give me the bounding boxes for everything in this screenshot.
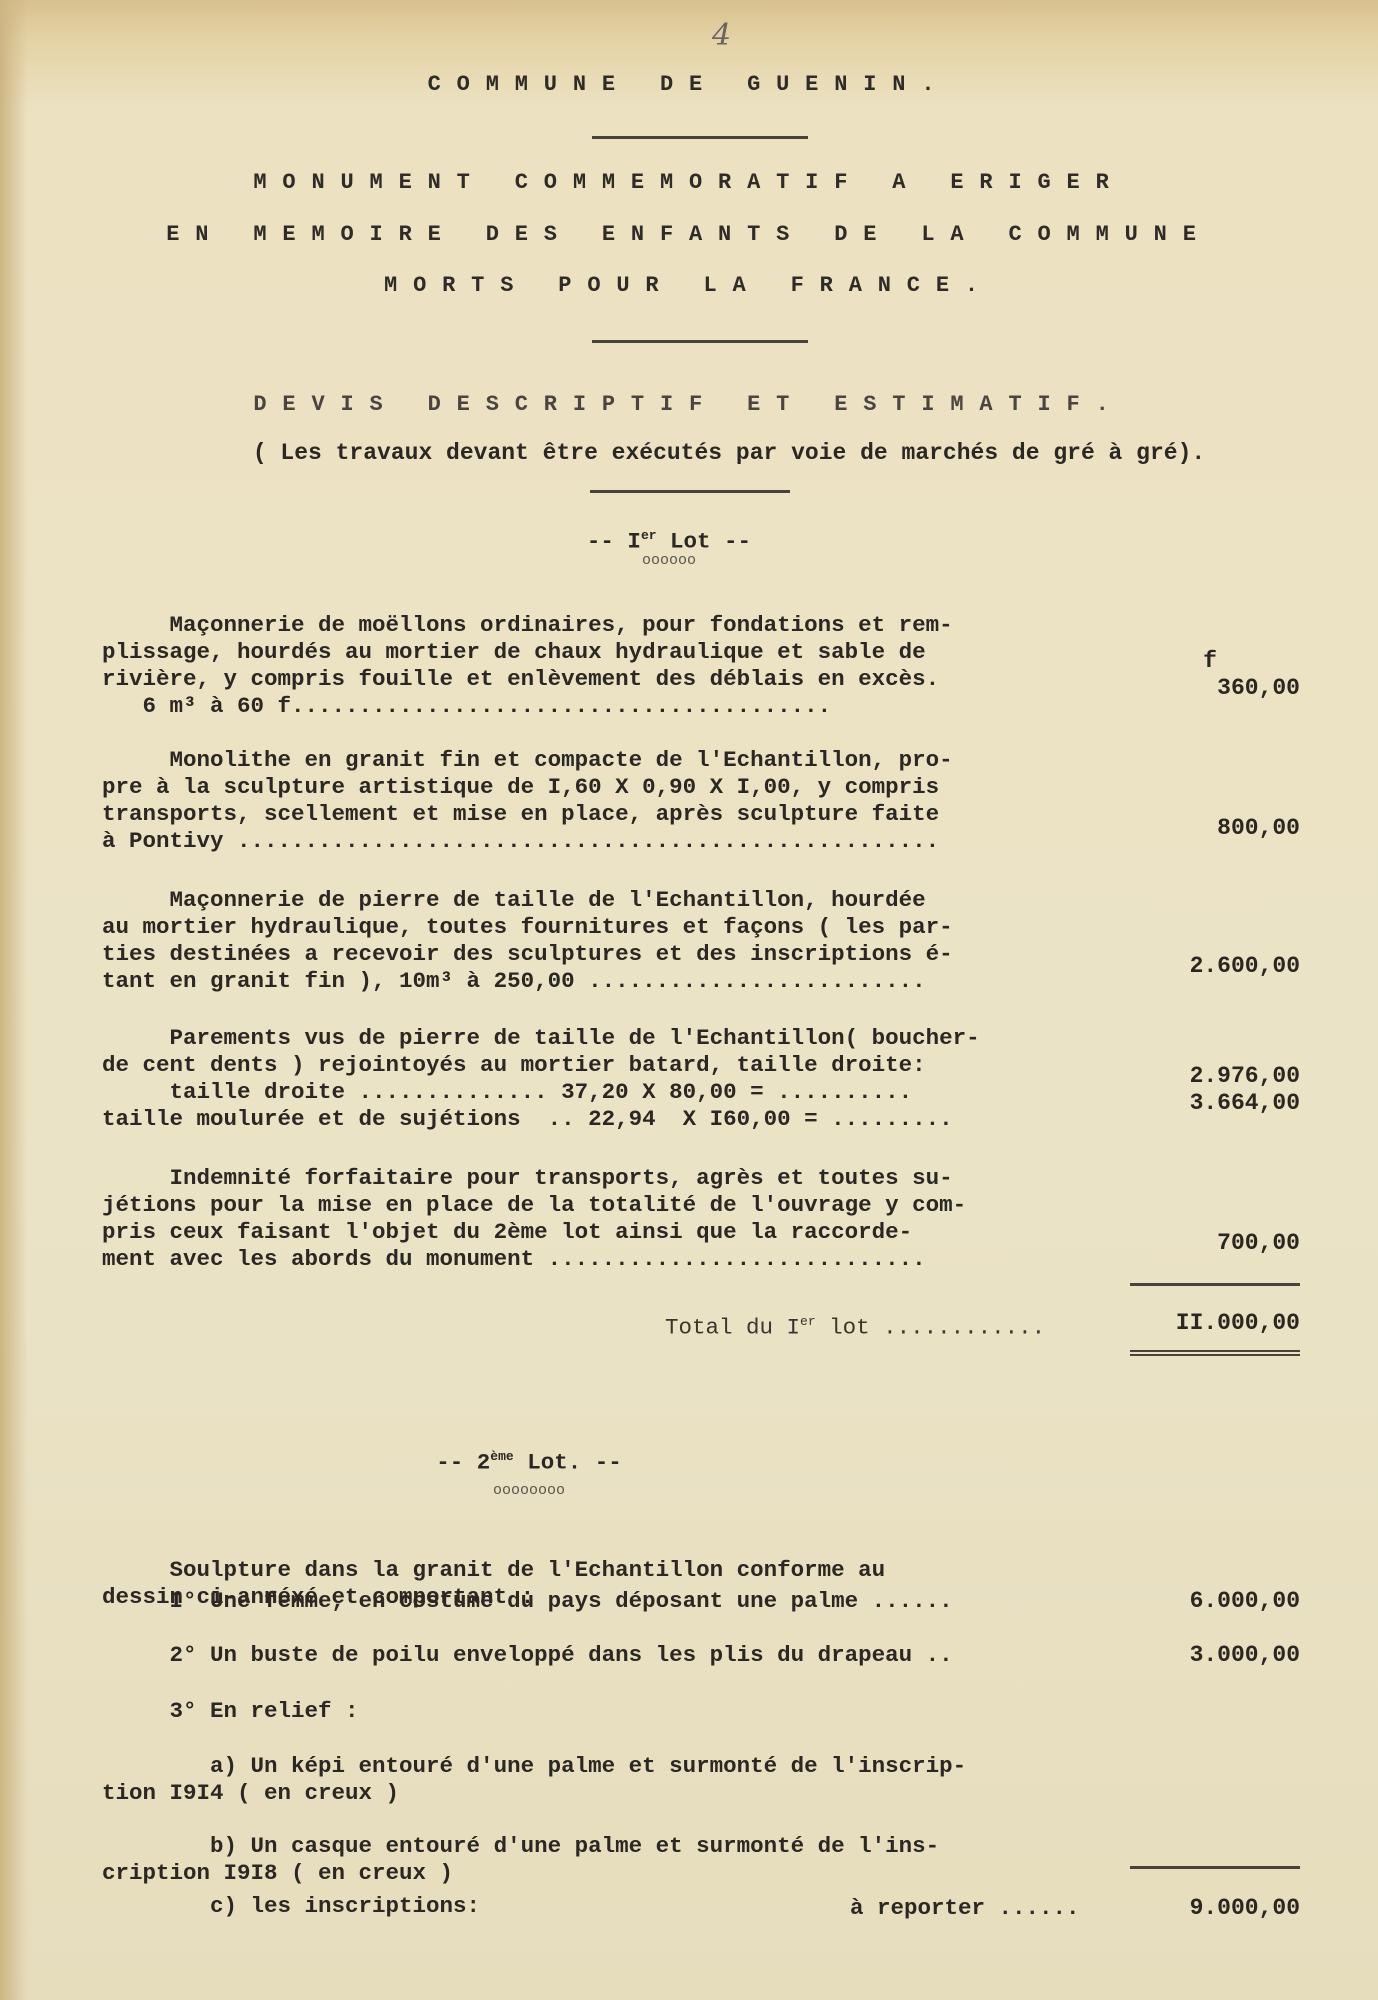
carry-forward-label: à reporter ...... — [850, 1895, 1080, 1922]
lot1-item-1: Maçonnerie de moëllons ordinaires, pour … — [102, 585, 953, 720]
lot1-item-4-amount-b: 3.664,00 — [1140, 1090, 1300, 1116]
devis-heading: DEVIS DESCRIPTIF ET ESTIMATIF. — [0, 392, 1378, 417]
carry-forward-amount: 9.000,00 — [1140, 1895, 1300, 1921]
devis-subtitle: ( Les travaux devant être exécutés par v… — [40, 440, 1378, 467]
lot2-ornament: oooooooo — [0, 1482, 1218, 1499]
lot2-relief-heading: 3° En relief : — [102, 1698, 359, 1725]
lot1-item-3-amount: 2.600,00 — [1140, 953, 1300, 979]
divider — [592, 340, 808, 343]
commune-heading: COMMUNE DE GUENIN. — [0, 72, 1378, 97]
lot2-item-2-amount: 3.000,00 — [1140, 1642, 1300, 1668]
document-page: 4 COMMUNE DE GUENIN. MONUMENT COMMEMORAT… — [0, 0, 1378, 2000]
lot1-item-3: Maçonnerie de pierre de taille de l'Echa… — [102, 860, 953, 995]
lot1-item-4-amount-a: 2.976,00 — [1140, 1063, 1300, 1089]
lot2-relief-a: a) Un képi entouré d'une palme et surmon… — [102, 1726, 966, 1807]
lot2-item-1-amount: 6.000,00 — [1140, 1588, 1300, 1614]
lot1-item-5: Indemnité forfaitaire pour transports, a… — [102, 1138, 966, 1273]
currency-symbol: f — [1140, 648, 1280, 674]
lot1-item-4: Parements vus de pierre de taille de l'E… — [102, 998, 980, 1133]
total-double-rule — [1130, 1350, 1300, 1356]
carry-forward-rule — [1130, 1866, 1300, 1869]
lot2-inscriptions-label: c) les inscriptions: — [102, 1893, 480, 1920]
divider — [592, 136, 808, 139]
title-line-1: MONUMENT COMMEMORATIF A ERIGER — [0, 170, 1378, 195]
divider — [590, 490, 790, 493]
total-rule — [1130, 1283, 1300, 1286]
lot1-ornament: oooooo — [0, 552, 1358, 569]
lot1-total-label: Total du Ier lot ............ — [665, 1308, 1045, 1342]
lot1-item-5-amount: 700,00 — [1140, 1230, 1300, 1256]
lot1-heading: -- Ier Lot -- — [0, 522, 1358, 556]
title-line-2: EN MEMOIRE DES ENFANTS DE LA COMMUNE — [0, 222, 1378, 247]
folio-number: 4 — [712, 18, 731, 53]
title-line-3: MORTS POUR LA FRANCE. — [0, 273, 1378, 298]
lot2-relief-b: b) Un casque entouré d'une palme et surm… — [102, 1806, 939, 1887]
lot2-item-2: 2° Un buste de poilu enveloppé dans les … — [102, 1642, 953, 1669]
lot1-item-2-amount: 800,00 — [1140, 815, 1300, 841]
lot1-total-amount: II.000,00 — [1140, 1310, 1300, 1336]
lot1-item-1-amount: 360,00 — [1140, 675, 1300, 701]
lot1-item-2: Monolithe en granit fin et compacte de l… — [102, 720, 953, 855]
lot2-heading: -- 2ème Lot. -- — [0, 1443, 1218, 1477]
lot2-item-1: I° Une femme, en costume du pays déposan… — [102, 1588, 953, 1615]
